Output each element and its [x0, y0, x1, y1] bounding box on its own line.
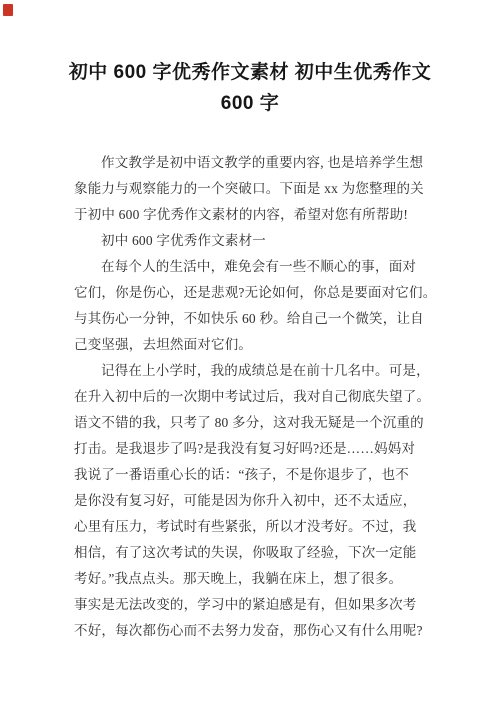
text-line: 心里有压力，考试时有些紧张，所以才没考好。不过，我 — [74, 514, 448, 540]
text-line: 己变坚强，去坦然面对它们。 — [74, 332, 448, 358]
text-line: 考好。”我点点头。那天晚上，我躺在床上，想了很多。 — [74, 566, 448, 592]
text-line: 记得在上小学时，我的成绩总是在前十几名中。可是， — [74, 358, 448, 384]
text-line: 不好，每次都伤心而不去努力发奋，那伤心又有什么用呢? — [74, 618, 448, 644]
document-body: 作文教学是初中语文教学的重要内容, 也是培养学生想象能力与观察能力的一个突破口。… — [74, 150, 448, 644]
text-line: 在每个人的生活中，难免会有一些不顺心的事，面对 — [74, 254, 448, 280]
text-line: 在升入初中后的一次期中考试过后，我对自己彻底失望了。 — [74, 384, 448, 410]
text-line: 初中 600 字优秀作文素材一 — [74, 228, 448, 254]
title-line-1: 初中 600 字优秀作文素材 初中生优秀作文 — [30, 57, 470, 88]
text-line: 打击。是我退步了吗?是我没有复习好吗?还是……妈妈对 — [74, 436, 448, 462]
text-line: 作文教学是初中语文教学的重要内容, 也是培养学生想 — [74, 150, 448, 176]
text-line: 于初中 600 字优秀作文素材的内容，希望对您有所帮助! — [74, 202, 448, 228]
text-line: 是你没有复习好，可能是因为你升入初中，还不太适应， — [74, 488, 448, 514]
red-corner-icon — [3, 4, 13, 16]
text-line: 与其伤心一分钟，不如快乐 60 秒。给自己一个微笑，让自 — [74, 306, 448, 332]
page-title: 初中 600 字优秀作文素材 初中生优秀作文 600 字 — [30, 57, 470, 119]
text-line: 相信，有了这次考试的失误，你吸取了经验，下次一定能 — [74, 540, 448, 566]
text-line: 语文不错的我，只考了 80 多分，这对我无疑是一个沉重的 — [74, 410, 448, 436]
text-line: 事实是无法改变的，学习中的紧迫感是有，但如果多次考 — [74, 592, 448, 618]
text-line: 它们，你是伤心，还是悲观?无论如何，你总是要面对它们。 — [74, 280, 448, 306]
document-page: 初中 600 字优秀作文素材 初中生优秀作文 600 字 作文教学是初中语文教学… — [0, 0, 500, 708]
title-line-2: 600 字 — [30, 88, 470, 119]
text-line: 象能力与观察能力的一个突破口。下面是 xx 为您整理的关 — [74, 176, 448, 202]
text-line: 我说了一番语重心长的话：“孩子，不是你退步了，也不 — [74, 462, 448, 488]
